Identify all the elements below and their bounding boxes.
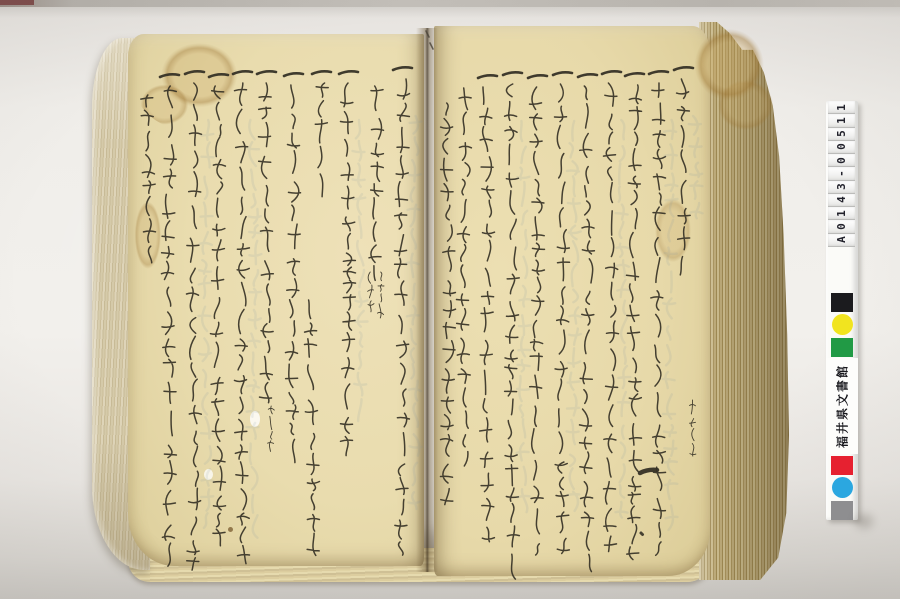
bleedthrough: [517, 121, 532, 512]
strip-code-tile: 0: [828, 154, 855, 167]
bleedthrough: [689, 116, 703, 218]
text-column: [441, 103, 456, 505]
strip-code-tile: 0: [828, 141, 855, 154]
bleedthrough: [353, 120, 368, 421]
photo-scene: { "photo": { "scene": "open stab-bound J…: [0, 0, 900, 599]
bleedthrough: [247, 120, 262, 538]
item-marker: [649, 71, 668, 74]
manuscript-ink: [0, 0, 900, 599]
binding-stitch: [430, 43, 433, 49]
binding-stitch: [426, 31, 429, 37]
bleedthrough: [199, 120, 214, 528]
text-column: [651, 83, 666, 555]
item-marker: [393, 67, 412, 70]
text-column: [368, 272, 374, 312]
text-column: [211, 86, 226, 546]
text-column: [604, 83, 619, 552]
text-column: [235, 83, 250, 564]
strip-code-tile: 1: [828, 114, 855, 127]
yellow-circle-patch-swatch: [832, 314, 853, 335]
text-column: [268, 406, 275, 451]
text-column: [187, 83, 202, 570]
item-marker: [528, 75, 547, 78]
strip-blank-section: [826, 247, 858, 291]
bleedthrough: [567, 121, 582, 511]
red-square-patch: [826, 454, 858, 476]
item-marker: [209, 74, 228, 77]
bleedthrough: [616, 120, 631, 518]
strip-code-tile: 1: [828, 207, 855, 220]
item-marker: [478, 75, 497, 78]
strip-code-tile: 0: [828, 220, 855, 233]
strip-code-tile: 3: [828, 181, 855, 194]
text-column: [580, 86, 595, 572]
item-marker: [284, 73, 303, 76]
text-column: [315, 83, 328, 197]
green-square-patch-swatch: [831, 338, 853, 357]
text-column: [530, 87, 545, 555]
item-marker: [625, 73, 644, 76]
text-column: [305, 300, 320, 555]
text-column: [505, 84, 520, 579]
item-marker: [578, 74, 597, 77]
strip-color-patches: 福井県文書館: [826, 291, 858, 521]
bleedthrough: [407, 116, 422, 509]
strip-shadow: [846, 506, 886, 540]
strip-code-tile: 1: [828, 101, 855, 114]
blue-circle-patch-swatch: [832, 477, 853, 498]
item-marker: [553, 72, 572, 75]
text-column: [286, 85, 301, 463]
yellow-circle-patch: [826, 313, 858, 336]
item-marker: [160, 74, 179, 77]
item-marker: [674, 67, 693, 70]
text-column: [141, 95, 156, 263]
black-square-patch: [826, 291, 858, 313]
text-column: [677, 79, 691, 275]
item-marker: [257, 71, 276, 74]
text-column: [627, 85, 642, 560]
strip-code: 11500-3410A: [828, 101, 855, 247]
red-square-patch-swatch: [831, 456, 853, 475]
text-column: [480, 87, 495, 542]
item-marker: [185, 71, 204, 74]
bleedthrough: [663, 120, 678, 530]
strip-code-tile: A: [828, 234, 855, 247]
item-marker: [233, 71, 252, 74]
strip-code-tile: 4: [828, 194, 855, 207]
institution-label: 福井県文書館: [826, 358, 858, 454]
item-marker: [503, 72, 522, 75]
text-column: [690, 400, 696, 456]
text-column: [162, 86, 177, 566]
strip-code-tile: 5: [828, 128, 855, 141]
reading-dot: [641, 533, 643, 535]
text-column: [259, 83, 274, 403]
color-scale-strip: 11500-3410A 福井県文書館: [826, 101, 858, 520]
text-column: [341, 83, 356, 456]
text-column: [369, 86, 384, 280]
item-marker: [602, 71, 621, 74]
blue-circle-patch: [826, 476, 858, 499]
strip-code-tile: -: [828, 167, 855, 180]
black-square-patch-swatch: [831, 293, 853, 312]
item-marker: [312, 71, 331, 74]
text-column: [457, 88, 472, 466]
green-square-patch: [826, 336, 858, 358]
text-column: [378, 272, 385, 318]
text-column: [555, 84, 570, 554]
item-marker: [339, 71, 358, 74]
strip-institution-label: 福井県文書館: [834, 364, 851, 448]
